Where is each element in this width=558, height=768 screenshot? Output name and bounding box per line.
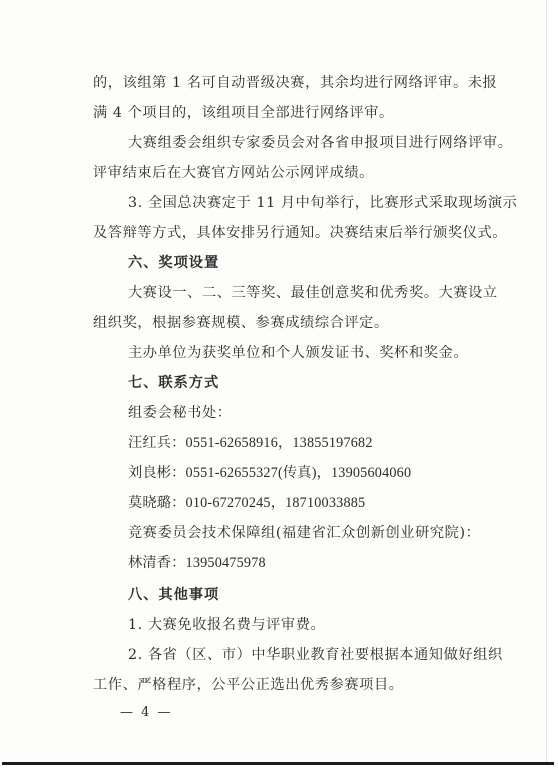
paragraph-line: 大赛组委会组织专家委员会对各省申报项目进行网络评审。: [128, 133, 512, 153]
scan-edge-shadow: [2, 762, 554, 765]
paragraph-line: 满 4 个项目的，该组项目全部进行网络评审。: [93, 103, 394, 123]
paragraph-line: 大赛设一、二、三等奖、最佳创意奖和优秀奖。大赛设立: [128, 283, 498, 303]
contact-line: 汪红兵：0551-62658916，13855197682: [128, 433, 373, 453]
section-heading-contact: 七、联系方式: [128, 373, 219, 393]
section-heading-other: 八、其他事项: [128, 585, 219, 605]
paragraph-line: 及答辩等方式，具体安排另行通知。决赛结束后举行颁奖仪式。: [93, 223, 507, 243]
paragraph-line: 组织奖，根据参赛规模、参赛成绩综合评定。: [93, 313, 389, 333]
paragraph-line: 主办单位为获奖单位和个人颁发证书、奖杯和奖金。: [128, 343, 468, 363]
paragraph-line: 工作、严格程序，公平公正选出优秀参赛项目。: [93, 675, 404, 695]
contact-line: 莫晓璐：010-67270245，18710033885: [128, 493, 365, 513]
document-page: 的，该组第 1 名可自动晋级决赛，其余均进行网络评审。未报 满 4 个项目的，该…: [0, 0, 547, 764]
paragraph-line: 3. 全国总决赛定于 11 月中旬举行，比赛形式采取现场演示: [128, 193, 517, 213]
contact-org-label: 竞赛委员会技术保障组(福建省汇众创新创业研究院)：: [128, 523, 480, 543]
contact-line: 林清香：13950475978: [128, 553, 266, 573]
paragraph-line: 1. 大赛免收报名费与评审费。: [128, 615, 325, 635]
contact-org-label: 组委会秘书处：: [128, 403, 232, 423]
contact-line: 刘良彬：0551-62655327(传真)，13905604060: [128, 463, 411, 483]
section-heading-awards: 六、奖项设置: [128, 253, 219, 273]
page-number: — 4 —: [120, 705, 173, 720]
paragraph-line: 2. 各省（区、市）中华职业教育社要根据本通知做好组织: [128, 645, 503, 665]
paragraph-line: 的，该组第 1 名可自动晋级决赛，其余均进行网络评审。未报: [93, 73, 497, 93]
paragraph-line: 评审结束后在大赛官方网站公示网评成绩。: [93, 163, 374, 183]
